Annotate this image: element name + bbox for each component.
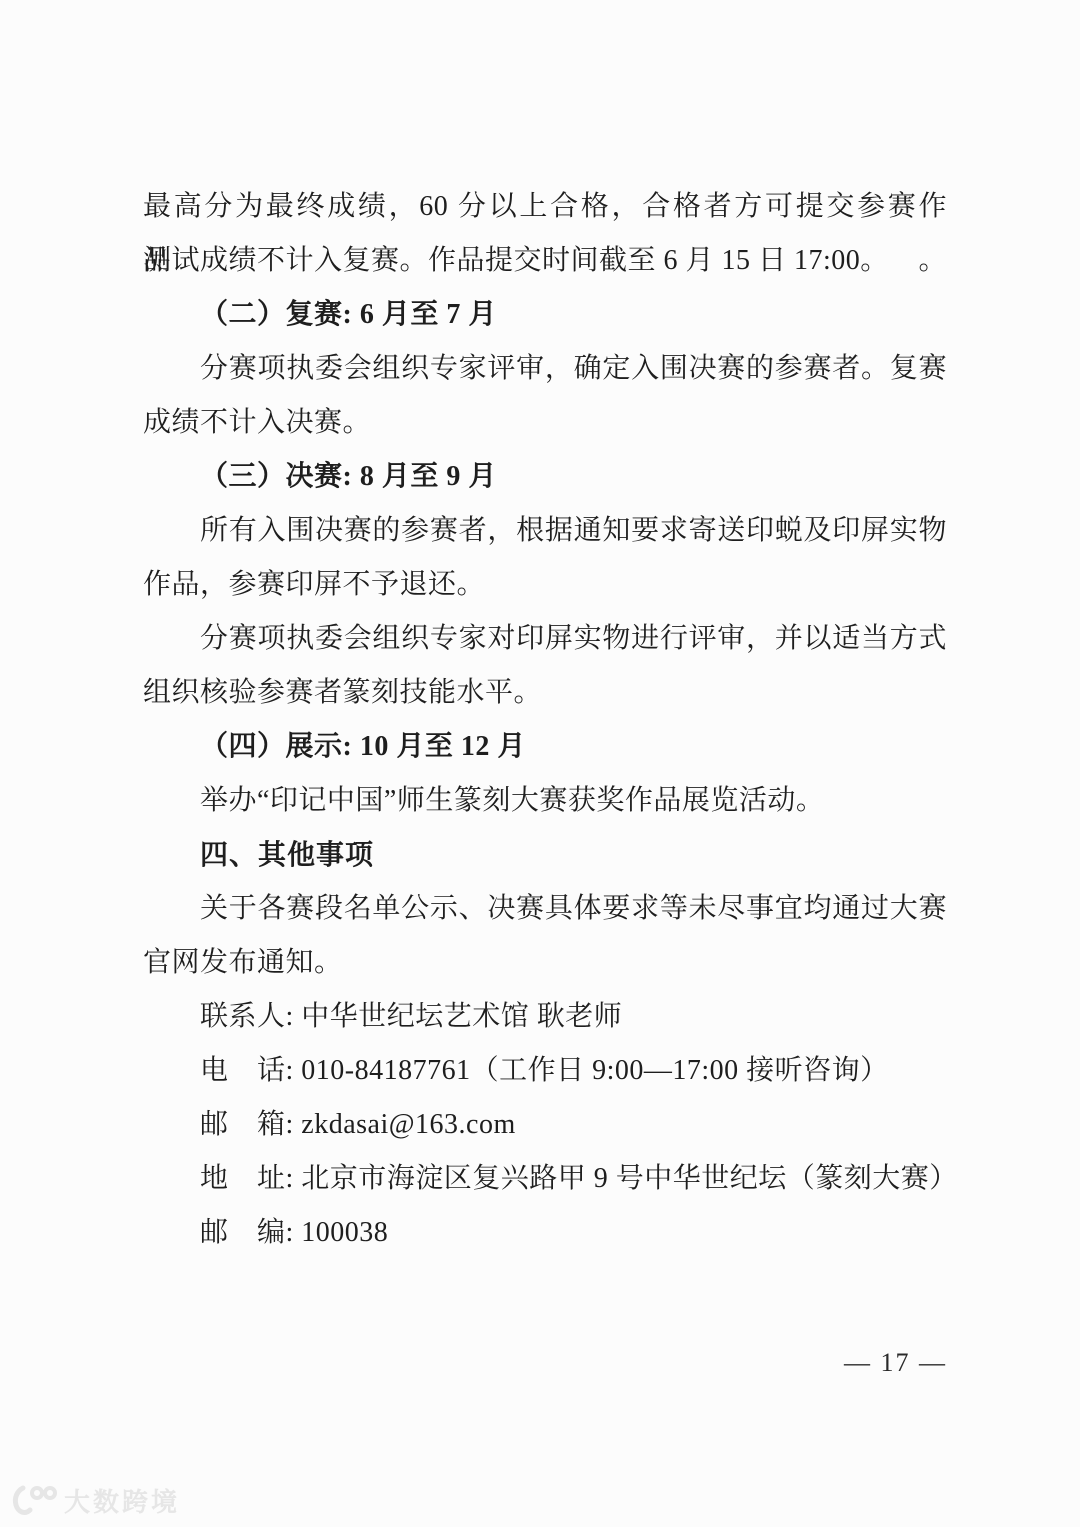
document-line: 邮 箱: zkdasai@163.com — [143, 1098, 947, 1152]
document-line: 组织核验参赛者篆刻技能水平。 — [143, 666, 947, 720]
document-heading-line: 四、其他事项 — [143, 828, 947, 882]
document-line: 举办“印记中国”师生篆刻大赛获奖作品展览活动。 — [143, 774, 947, 828]
document-heading-line: （三）决赛: 8 月至 9 月 — [143, 450, 947, 504]
document-line: 作品，参赛印屏不予退还。 — [143, 558, 947, 612]
page-number: — 17 — — [844, 1348, 947, 1378]
document-line: 邮 编: 100038 — [143, 1206, 947, 1260]
watermark: 大数跨境 — [10, 1482, 180, 1519]
document-line: 测试成绩不计入复赛。作品提交时间截至 6 月 15 日 17:00。 — [143, 234, 947, 288]
document-line: 成绩不计入决赛。 — [143, 396, 947, 450]
document-body: 最高分为最终成绩，60 分以上合格，合格者方可提交参赛作品。测试成绩不计入复赛。… — [143, 180, 947, 1260]
document-line: 最高分为最终成绩，60 分以上合格，合格者方可提交参赛作品。 — [143, 180, 947, 234]
document-line: 官网发布通知。 — [143, 936, 947, 990]
dashu-100-logo-icon — [10, 1483, 58, 1519]
watermark-text: 大数跨境 — [64, 1482, 180, 1519]
document-heading-line: （四）展示: 10 月至 12 月 — [143, 720, 947, 774]
document-line: 分赛项执委会组织专家对印屏实物进行评审，并以适当方式 — [143, 612, 947, 666]
document-line: 分赛项执委会组织专家评审，确定入围决赛的参赛者。复赛 — [143, 342, 947, 396]
document-line: 电 话: 010-84187761（工作日 9:00—17:00 接听咨询） — [143, 1044, 947, 1098]
document-line: 地 址: 北京市海淀区复兴路甲 9 号中华世纪坛（篆刻大赛） — [143, 1152, 947, 1206]
document-line: 关于各赛段名单公示、决赛具体要求等未尽事宜均通过大赛 — [143, 882, 947, 936]
document-heading-line: （二）复赛: 6 月至 7 月 — [143, 288, 947, 342]
document-page: 最高分为最终成绩，60 分以上合格，合格者方可提交参赛作品。测试成绩不计入复赛。… — [0, 0, 1080, 1527]
document-line: 联系人: 中华世纪坛艺术馆 耿老师 — [143, 990, 947, 1044]
document-line: 所有入围决赛的参赛者，根据通知要求寄送印蜕及印屏实物 — [143, 504, 947, 558]
